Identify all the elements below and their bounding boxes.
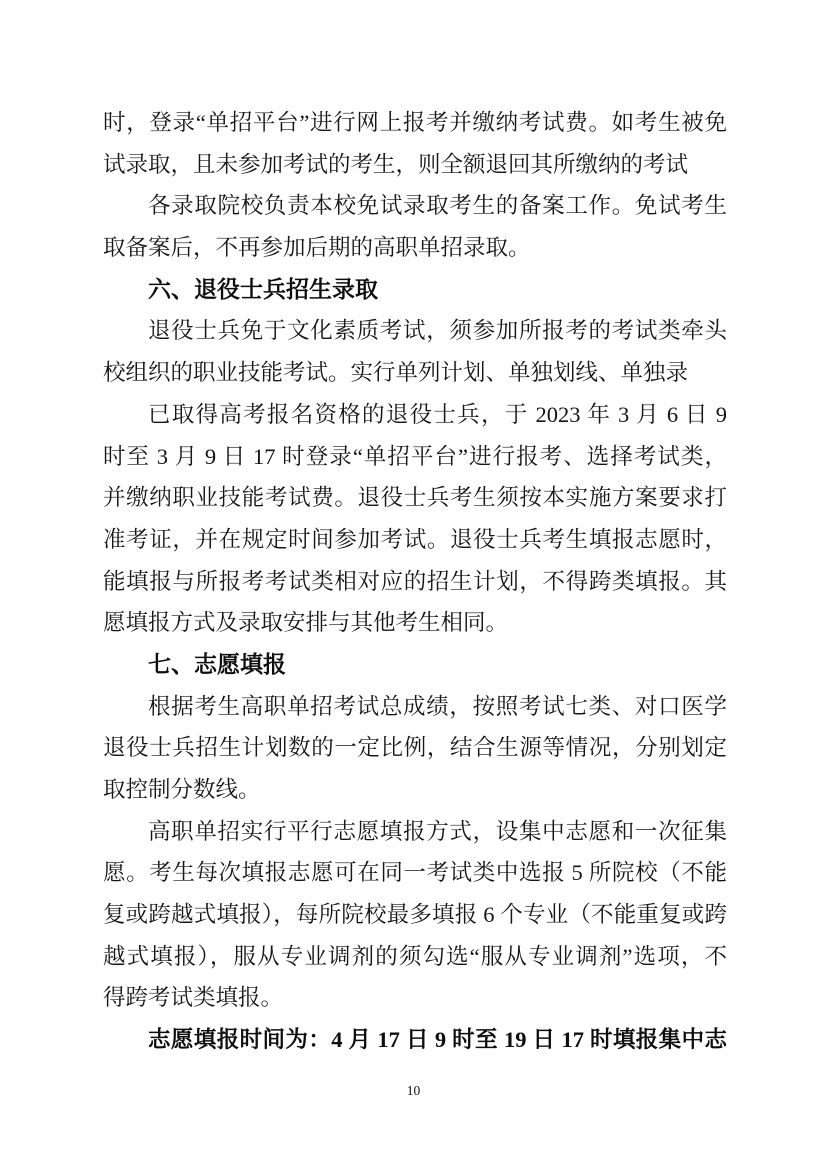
text-line: 校组织的职业技能考试。实行单列计划、单独划线、单独录取。 — [103, 352, 727, 394]
text-line: 退役士兵招生计划数的一定比例，结合生源等情况，分别划定录 — [103, 727, 727, 769]
text-line: 越式填报），服从专业调剂的须勾选“服从专业调剂”选项，不 — [103, 936, 727, 978]
text-line: 取备案后，不再参加后期的高职单招录取。 — [103, 227, 727, 269]
document-body: 时，登录“单招平台”进行网上报考并缴纳考试费。如考生被免试录取，且未参加考试的考… — [103, 102, 727, 1061]
text-line: 取控制分数线。 — [103, 769, 727, 811]
text-line: 各录取院校负责本校免试录取考生的备案工作。免试考生录 — [103, 185, 727, 227]
text-line: 得跨考试类填报。 — [103, 977, 727, 1019]
text-line: 愿填报方式及录取安排与其他考生相同。 — [103, 602, 727, 644]
text-line: 复或跨越式填报），每所院校最多填报 6 个专业（不能重复或跨 — [103, 894, 727, 936]
text-line: 退役士兵免于文化素质考试，须参加所报考的考试类牵头院 — [103, 310, 727, 352]
text-line: 并缴纳职业技能考试费。退役士兵考生须按本实施方案要求打印 — [103, 477, 727, 519]
text-line: 准考证，并在规定时间参加考试。退役士兵考生填报志愿时，只 — [103, 519, 727, 561]
document-page: 时，登录“单招平台”进行网上报考并缴纳考试费。如考生被免试录取，且未参加考试的考… — [0, 0, 827, 1170]
text-line: 时至 3 月 9 日 17 时登录“单招平台”进行报考、选择考试类， — [103, 436, 727, 478]
text-line: 时，登录“单招平台”进行网上报考并缴纳考试费。如考生被免 — [103, 102, 727, 144]
text-line: 根据考生高职单招考试总成绩，按照考试七类、对口医学类、 — [103, 686, 727, 728]
text-line: 愿。考生每次填报志愿可在同一考试类中选报 5 所院校（不能重 — [103, 852, 727, 894]
bold-text-line: 志愿填报时间为：4 月 17 日 9 时至 19 日 17 时填报集中志 — [103, 1019, 727, 1061]
text-line: 高职单招实行平行志愿填报方式，设集中志愿和一次征集志 — [103, 811, 727, 853]
text-line: 能填报与所报考考试类相对应的招生计划，不得跨类填报。其志 — [103, 561, 727, 603]
section-heading: 六、退役士兵招生录取 — [103, 269, 727, 311]
page-number: 10 — [0, 1082, 827, 1100]
text-line: 已取得高考报名资格的退役士兵，于 2023 年 3 月 6 日 9 — [103, 394, 727, 436]
section-heading: 七、志愿填报 — [103, 644, 727, 686]
text-line: 试录取，且未参加考试的考生，则全额退回其所缴纳的考试费。 — [103, 144, 727, 186]
